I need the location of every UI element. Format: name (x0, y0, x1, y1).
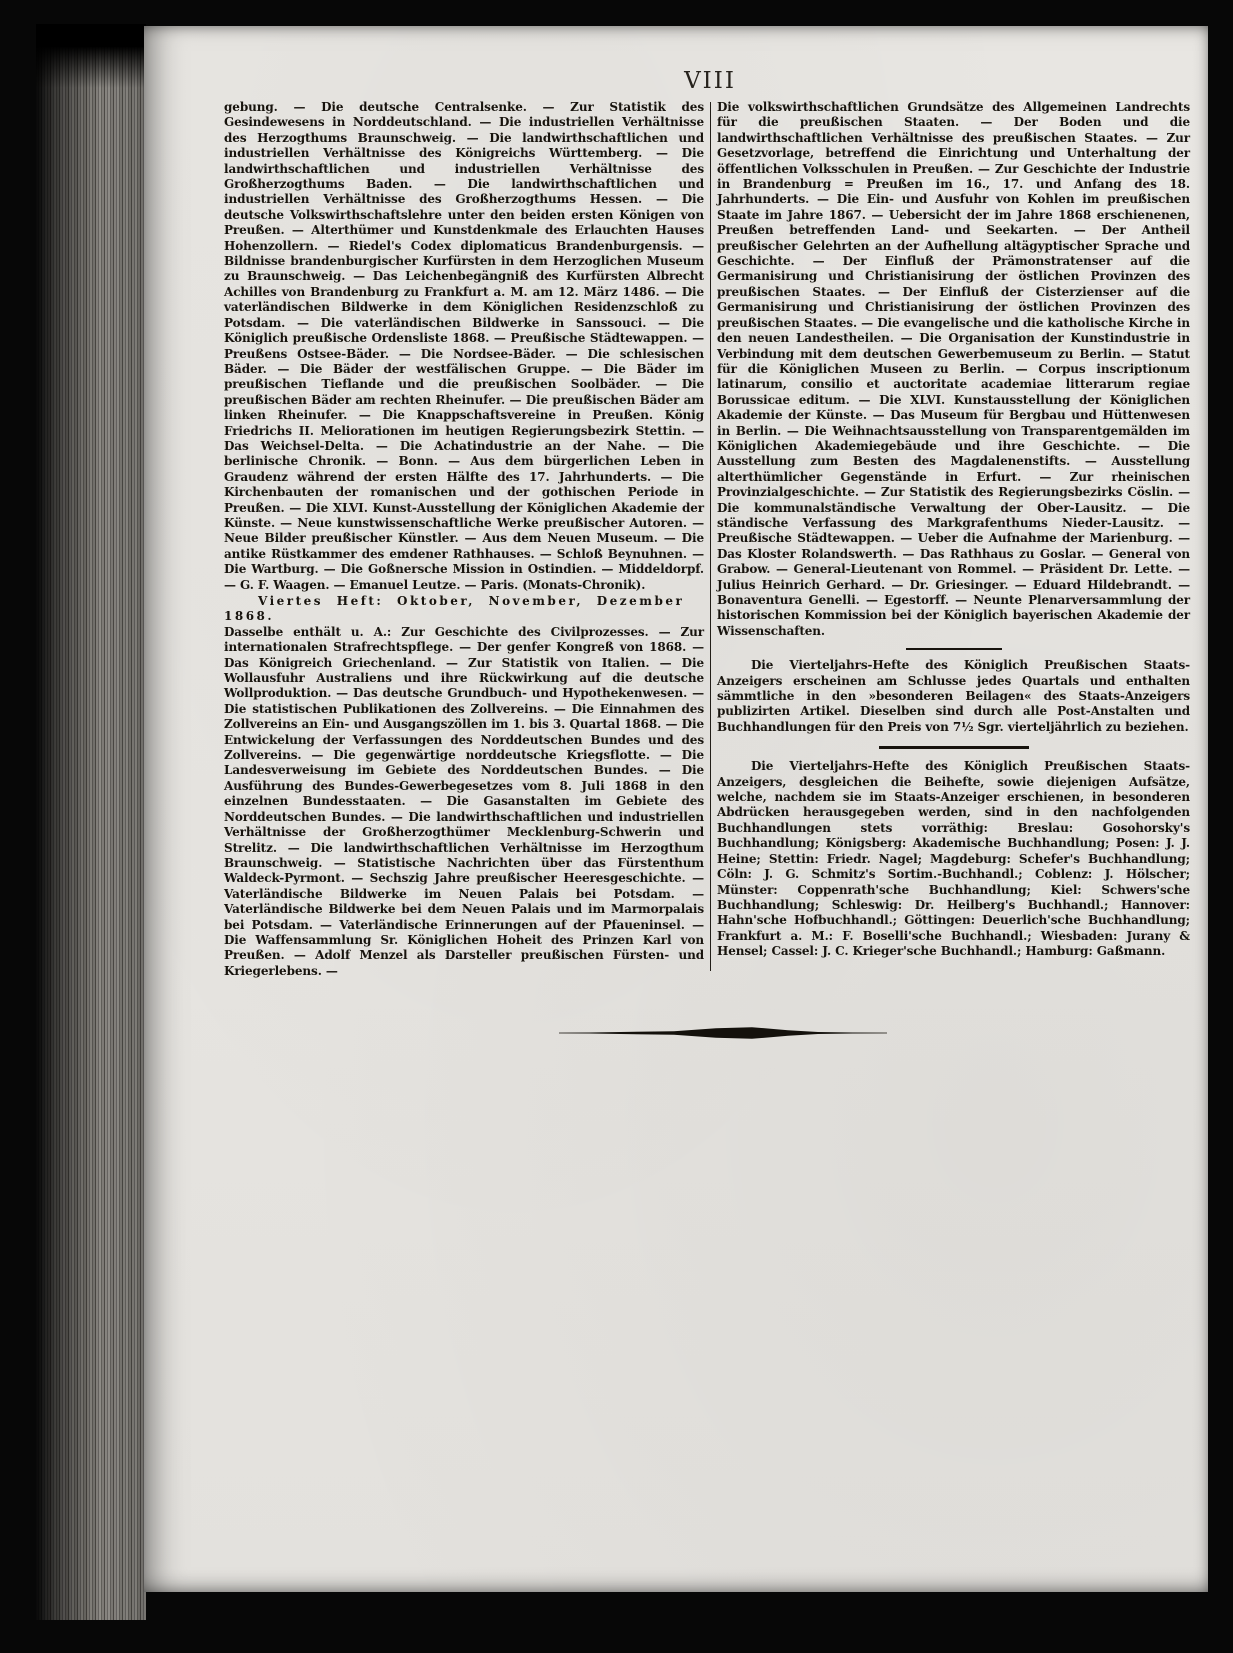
column-divider-rule (710, 102, 711, 971)
heft3-contents-continuation: gebung. — Die deutsche Centralsenke. — Z… (224, 100, 704, 593)
book-page-edges (36, 24, 146, 1620)
right-column: Die volkswirthschaftlichen Grundsätze de… (717, 100, 1190, 979)
left-column: gebung. — Die deutsche Centralsenke. — Z… (224, 100, 704, 979)
section-rule-icon (906, 648, 1002, 650)
heft4-contents-continuation: Die volkswirthschaftlichen Grundsätze de… (717, 100, 1190, 639)
section-rule-icon (879, 746, 1029, 749)
subscription-note: Die Vierteljahrs-Hefte des Königlich Pre… (717, 658, 1190, 735)
book-scan: VIII gebung. — Die deutsche Centralsenke… (0, 0, 1233, 1653)
page-number: VIII (610, 70, 810, 93)
heft4-heading: Viertes Heft: Oktober, November, Dezembe… (224, 594, 704, 625)
swelled-rule-divider-icon (556, 1025, 890, 1041)
heft4-contents: Dasselbe enthält u. A.: Zur Geschichte d… (224, 625, 704, 979)
bookseller-note: Die Vierteljahrs-Hefte des Königlich Pre… (717, 759, 1190, 959)
text-columns: gebung. — Die deutsche Centralsenke. — Z… (224, 100, 1190, 979)
